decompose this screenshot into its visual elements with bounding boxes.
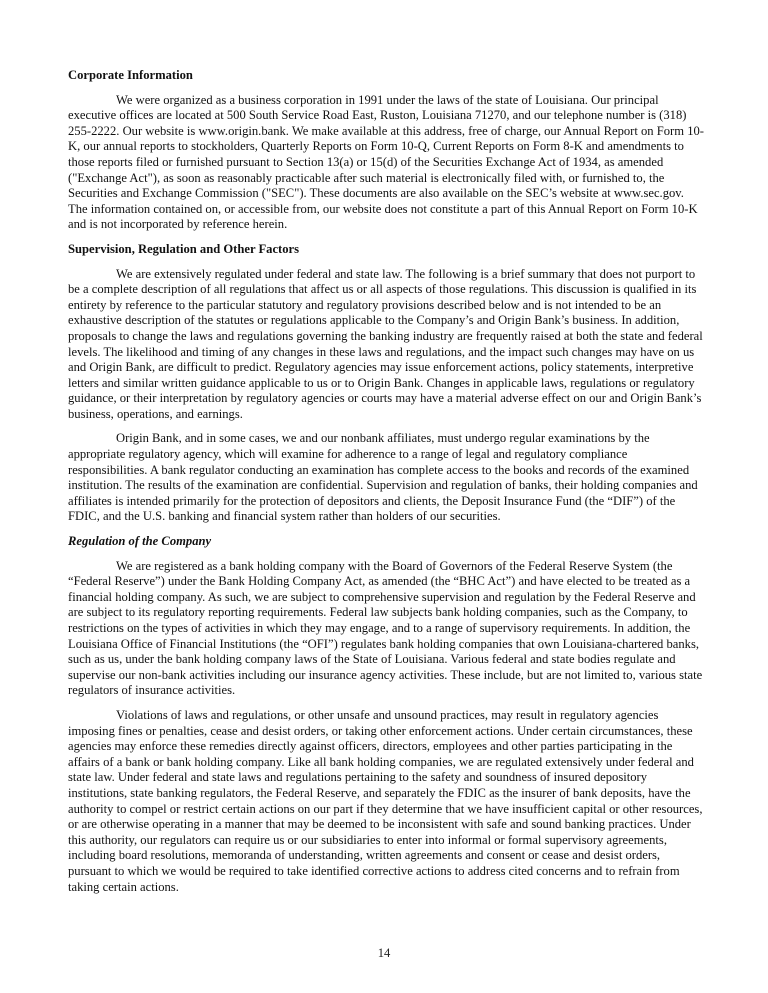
paragraph: Violations of laws and regulations, or o… xyxy=(68,708,704,895)
document-page: Corporate Information We were organized … xyxy=(68,68,704,904)
section-supervision-regulation: Supervision, Regulation and Other Factor… xyxy=(68,242,704,525)
paragraph: We were organized as a business corporat… xyxy=(68,93,704,233)
section-heading: Supervision, Regulation and Other Factor… xyxy=(68,242,704,258)
section-regulation-of-company: Regulation of the Company We are registe… xyxy=(68,534,704,895)
paragraph: We are registered as a bank holding comp… xyxy=(68,559,704,699)
section-heading: Corporate Information xyxy=(68,68,704,84)
paragraph: Origin Bank, and in some cases, we and o… xyxy=(68,431,704,525)
paragraph: We are extensively regulated under feder… xyxy=(68,267,704,423)
section-corporate-information: Corporate Information We were organized … xyxy=(68,68,704,233)
subsection-heading: Regulation of the Company xyxy=(68,534,704,550)
page-number: 14 xyxy=(0,946,768,961)
